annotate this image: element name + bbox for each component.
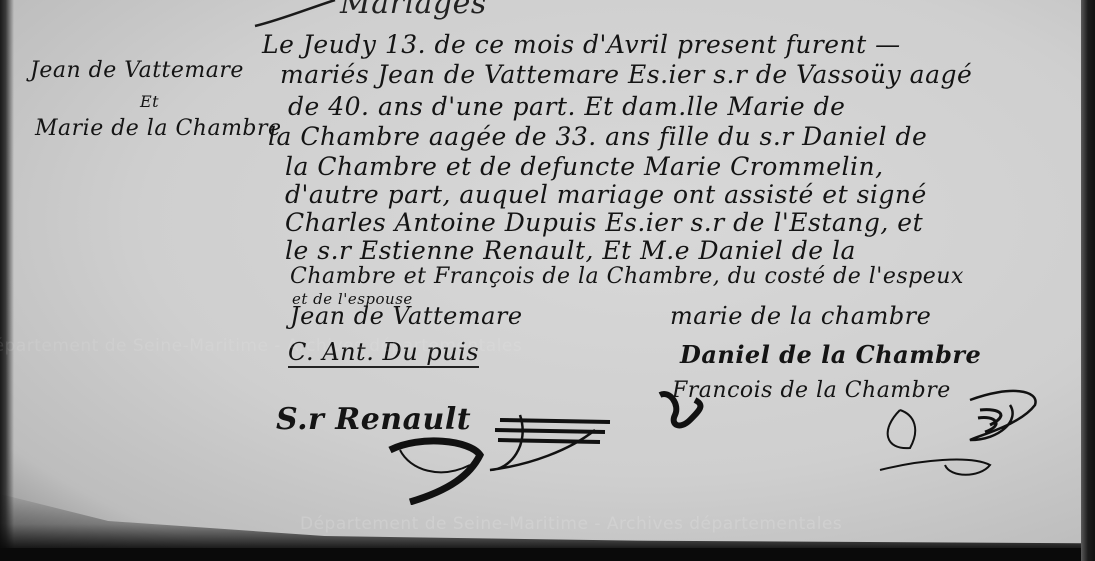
margin-note-et: Et (140, 92, 159, 111)
signature-daniel: Daniel de la Chambre (680, 340, 981, 369)
francois-paraph-icon (860, 370, 1060, 480)
body-line-2: mariés Jean de Vattemare Es.ier s.r de V… (280, 60, 972, 89)
body-line-3: de 40. ans d'une part. Et dam.lle Marie … (288, 92, 845, 121)
body-line-7: Charles Antoine Dupuis Es.ier s.r de l'E… (285, 208, 923, 237)
register-page: Mariages Jean de Vattemare Et Marie de l… (0, 0, 1082, 548)
body-line-5: la Chambre et de defuncte Marie Crommeli… (285, 152, 884, 181)
fleur-mark-icon (650, 385, 710, 435)
heading-flourish-icon (250, 0, 340, 30)
body-line-9: Chambre et François de la Chambre, du co… (290, 264, 964, 289)
heading-fragment: Mariages (340, 0, 487, 21)
body-line-1: Le Jeudy 13. de ce mois d'Avril present … (262, 30, 901, 59)
signature-groom: Jean de Vattemare (290, 302, 523, 330)
margin-note-groom: Jean de Vattemare (30, 58, 244, 83)
archive-watermark-left: Département de Seine-Maritime - Archives… (0, 336, 522, 356)
body-line-8: le s.r Estienne Renault, Et M.e Daniel d… (285, 236, 856, 265)
signature-bride: marie de la chambre (670, 302, 931, 330)
binding-edge (1081, 0, 1095, 561)
body-line-6: d'autre part, auquel mariage ont assisté… (285, 180, 927, 209)
body-line-4: la Chambre aagée de 33. ans fille du s.r… (268, 122, 927, 151)
margin-note-bride: Marie de la Chambre (35, 116, 282, 141)
archive-watermark: Département de Seine-Maritime - Archives… (300, 514, 842, 534)
renault-paraph-icon (380, 410, 620, 505)
